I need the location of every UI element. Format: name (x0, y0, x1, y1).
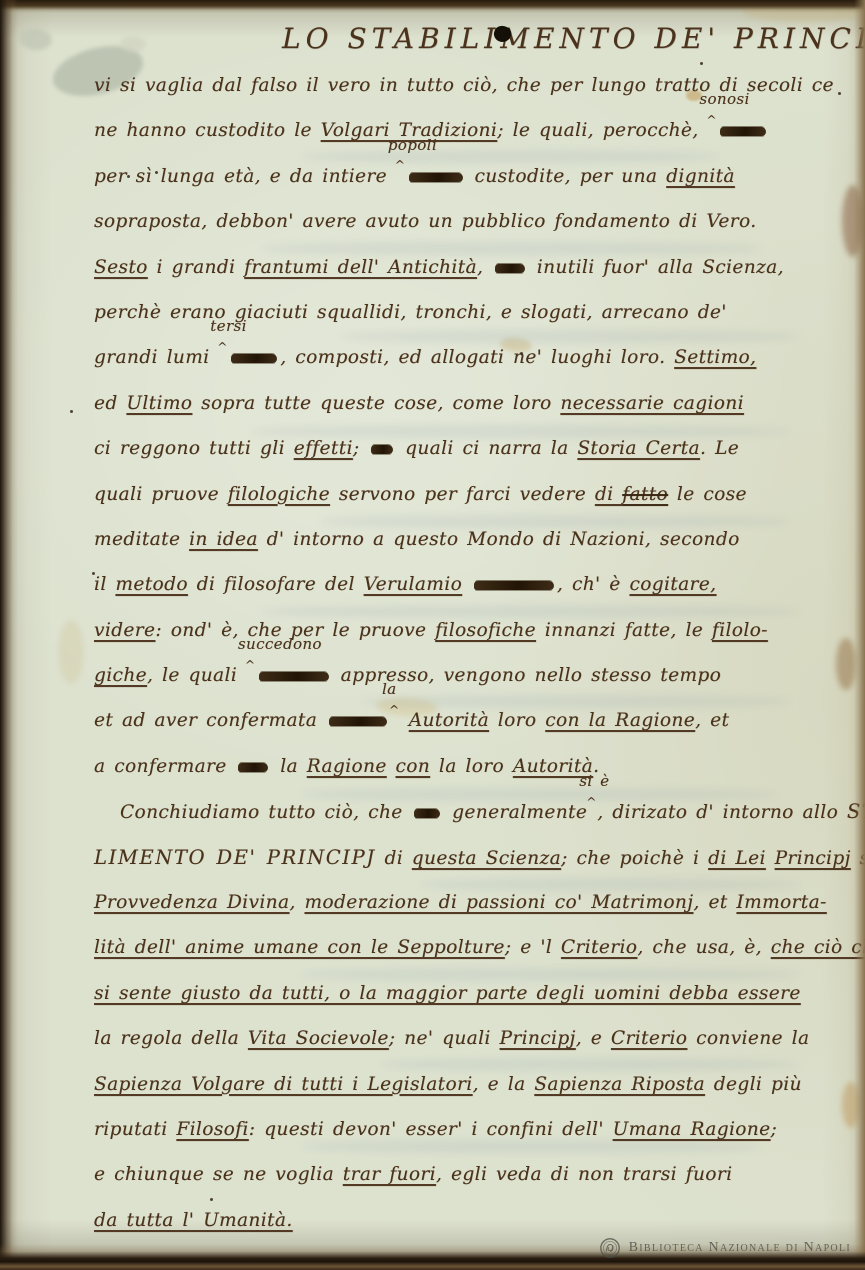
text-run: la regola della (94, 1028, 248, 1049)
underlined-text: Provvedenza Divina (94, 892, 289, 913)
text-run: quali pruove (94, 484, 228, 505)
manuscript-line: LIMENTO DE' PRINCIPJ di questa Scienza; … (94, 835, 858, 880)
underlined-text: che ciò che (771, 937, 865, 958)
text-run: ; (353, 438, 368, 459)
text-run: . Le (700, 438, 739, 459)
ink-speck (70, 410, 73, 413)
manuscript-line: il metodo di filosofare del Verulamio , … (94, 562, 858, 607)
text-run: custodite, per una (466, 166, 666, 187)
manuscript-line: sopraposta, debbon' avere avuto un pubbl… (94, 199, 858, 244)
manuscript-line: si sente giusto da tutti, o la maggior p… (94, 971, 858, 1016)
text-run: a confermare (94, 756, 235, 777)
paper-stain (742, 0, 865, 22)
text-run: di filosofare del (188, 574, 364, 595)
text-run: i grandi (148, 257, 244, 278)
ink-scribble (259, 672, 329, 681)
manuscript-line: a confermare la Ragione con la loro Auto… (94, 744, 858, 789)
inserted-word: si è^ (587, 800, 597, 819)
underlined-text: Criterio (611, 1028, 687, 1049)
underlined-text: Immorta- (736, 892, 826, 913)
underlined-text: trar fuori (343, 1164, 436, 1185)
manuscript-line: Conchiudiamo tutto ciò, che generalmente… (94, 789, 858, 834)
text-run: sopraposta, debbon' avere avuto un pubbl… (94, 211, 756, 232)
manuscript-lines: vi si vaglia dal falso il vero in tutto … (94, 63, 858, 1243)
underlined-text: Criterio (561, 937, 637, 958)
text-run: ; (770, 1119, 777, 1140)
text-run: per sì lunga età, e da intiere (94, 166, 396, 187)
underlined-text: Umana Ragione (613, 1119, 771, 1140)
underlined-text: Sapienza Volgare di tutti i Legislatori (94, 1074, 473, 1095)
underlined-text: filologiche (228, 484, 330, 505)
manuscript-page: LO STABILIMENTO DE' PRINCIPJ. vi si vagl… (0, 0, 865, 1270)
underlined-text: di Lei (708, 848, 766, 869)
underlined-text: con la Ragione (545, 710, 695, 731)
inserted-word: succedono^ (246, 663, 256, 682)
underlined-text: Sapienza Riposta (534, 1074, 705, 1095)
text-run: inutili fuor' alla Scienza, (528, 257, 784, 278)
text-run: la (271, 756, 306, 777)
text-run: servono per farci vedere (330, 484, 595, 505)
ink-scribble (231, 354, 277, 363)
text-run: , composti, ed allogati ne' luoghi loro. (280, 347, 674, 368)
paper-stain (120, 36, 146, 52)
text-run: : questi devon' esser' i confini dell' (249, 1119, 613, 1140)
manuscript-line: ci reggono tutti gli effetti; quali ci n… (94, 426, 858, 471)
underlined-text: videre (94, 620, 155, 641)
manuscript-line: riputati Filosofi: questi devon' esser' … (94, 1107, 858, 1152)
text-run: ; le quali, perocchè, (497, 120, 707, 141)
underlined-text: in idea (189, 529, 258, 550)
text-run: , le quali (147, 665, 246, 686)
ink-scribble (495, 264, 525, 273)
underlined-text: Verulamio (364, 574, 463, 595)
text-run: innanzi fatte, le (536, 620, 712, 641)
underlined-text: filolo- (712, 620, 768, 641)
text-run: , et (695, 710, 729, 731)
underlined-text: metodo (115, 574, 187, 595)
library-watermark: Biblioteca Nazionale di Napoli (598, 1236, 851, 1260)
underlined-text: moderazione di passioni co' Matrimonj (304, 892, 693, 913)
text-run: meditate (94, 529, 189, 550)
underlined-text: Settimo, (674, 347, 756, 368)
underlined-text: Ultimo (126, 393, 192, 414)
underlined-text: filosofiche (435, 620, 536, 641)
ink-scribble (474, 581, 554, 590)
text-run: , e la (473, 1074, 535, 1095)
inserted-word: tersi^ (218, 345, 228, 364)
text-run: le cose (668, 484, 747, 505)
text-run: LIMENTO DE' PRINCIPJ (94, 846, 376, 869)
ink-scribble (329, 717, 387, 726)
text-run: Conchiudiamo tutto ciò, che (120, 802, 411, 823)
text-run: , (289, 892, 304, 913)
text-run: ne hanno custodito le (94, 120, 321, 141)
text-run: sopra tutte queste cose, come loro (192, 393, 560, 414)
text-run: e chiunque se ne voglia (94, 1164, 343, 1185)
page-edge-left (0, 0, 18, 1270)
text-run: et ad aver confermata (94, 710, 326, 731)
text-run: d' intorno a questo Mondo di Nazioni, se… (258, 529, 740, 550)
manuscript-line: et ad aver confermata la^ Autorità loro … (94, 698, 858, 743)
text-run: , e (576, 1028, 611, 1049)
underlined-text: con (395, 756, 430, 777)
underlined-text: si sente giusto da tutti, o la maggior p… (94, 983, 801, 1004)
text-run: generalmente (443, 802, 587, 823)
text-run: ed (94, 393, 126, 414)
underlined-text: Ragione (307, 756, 387, 777)
watermark-label: Biblioteca Nazionale di Napoli (629, 1240, 851, 1256)
inserted-word: popoli^ (396, 163, 406, 182)
manuscript-line: Provvedenza Divina, moderazione di passi… (94, 880, 858, 925)
manuscript-line: lità dell' anime umane con le Seppolture… (94, 925, 858, 970)
text-run (766, 848, 775, 869)
text-run: perchè erano giaciuti squallidi, tronchi… (94, 302, 727, 323)
underlined-text: Principj (500, 1028, 576, 1049)
underlined-text: effetti (294, 438, 353, 459)
manuscript-line: Sapienza Volgare di tutti i Legislatori,… (94, 1062, 858, 1107)
ink-scribble (414, 809, 440, 818)
text-run: quali ci narra la (396, 438, 577, 459)
manuscript-line: ne hanno custodito le Volgari Tradizioni… (94, 108, 858, 153)
library-logo-icon (598, 1236, 622, 1260)
underlined-text: giche (94, 665, 147, 686)
text-run: , ch' è (557, 574, 630, 595)
paper-stain (58, 620, 84, 684)
underlined-text: Filosofi (176, 1119, 248, 1140)
underlined-text: Storia Certa (577, 438, 700, 459)
manuscript-line: la regola della Vita Socievole; ne' qual… (94, 1016, 858, 1061)
text-run (400, 710, 409, 731)
underlined-text: lità dell' anime umane con le Seppolture (94, 937, 505, 958)
underlined-text: frantumi dell' Antichità (244, 257, 477, 278)
underlined-text: di (595, 484, 622, 505)
ink-scribble (371, 445, 393, 454)
text-run: il (94, 574, 115, 595)
text-run: la loro (430, 756, 513, 777)
manuscript-line: ed Ultimo sopra tutte queste cose, come … (94, 381, 858, 426)
manuscript-line: per sì lunga età, e da intiere popoli^ c… (94, 154, 858, 199)
inserted-word: sonosi^ (707, 118, 717, 137)
underlined-text: da tutta l' Umanità. (94, 1210, 293, 1231)
text-run (462, 574, 471, 595)
text-run: riputati (94, 1119, 176, 1140)
text-run: ; che poichè i (561, 848, 708, 869)
ink-scribble (409, 173, 463, 182)
page-edge-top (0, 0, 865, 13)
text-run: grandi lumi (94, 347, 218, 368)
manuscript-line: grandi lumi tersi^, composti, ed allogat… (94, 335, 858, 380)
manuscript-line: quali pruove filologiche servono per far… (94, 472, 858, 517)
manuscript-line: meditate in idea d' intorno a questo Mon… (94, 517, 858, 562)
text-run: ; e 'l (505, 937, 561, 958)
text-run: , che usa, è, (637, 937, 770, 958)
text-run: di (376, 848, 412, 869)
text-run: , (477, 257, 492, 278)
underlined-text: Principj (775, 848, 851, 869)
page-title: LO STABILIMENTO DE' PRINCIPJ. (282, 22, 865, 55)
manuscript-line: giche, le quali succedono^ appresso, ven… (94, 653, 858, 698)
text-run: ci reggono tutti gli (94, 438, 294, 459)
text-run: loro (489, 710, 545, 731)
manuscript-line: videre: ond' è, che per le pruove filoso… (94, 608, 858, 653)
paper-stain (17, 26, 54, 53)
underlined-text: necessarie cagioni (560, 393, 744, 414)
text-run: conviene la (687, 1028, 809, 1049)
text-run: ; ne' quali (389, 1028, 500, 1049)
text-run: STABI- (847, 800, 865, 823)
inserted-word: la^ (390, 708, 400, 727)
underlined-text: Sesto (94, 257, 148, 278)
ink-scribble (238, 763, 268, 772)
ink-scribble (720, 127, 766, 136)
manuscript-line: perchè erano giaciuti squallidi, tronchi… (94, 290, 858, 335)
underlined-text: dignità (666, 166, 735, 187)
underlined-text: questa Scienza (412, 848, 561, 869)
text-run: degli più (705, 1074, 802, 1095)
underlined-text: Vita Socievole (248, 1028, 389, 1049)
text-run: , dirizato d' intorno allo (597, 802, 847, 823)
underlined-text: cogitare, (629, 574, 716, 595)
manuscript-line: e chiunque se ne voglia trar fuori, egli… (94, 1152, 858, 1197)
underlined-text: fatto (622, 484, 668, 505)
underlined-text: Autorità (409, 710, 489, 731)
text-run: , et (693, 892, 736, 913)
manuscript-line: Sesto i grandi frantumi dell' Antichità,… (94, 245, 858, 290)
text-run: , egli veda di non trarsi fuori (436, 1164, 732, 1185)
text-run: sono (851, 848, 865, 869)
